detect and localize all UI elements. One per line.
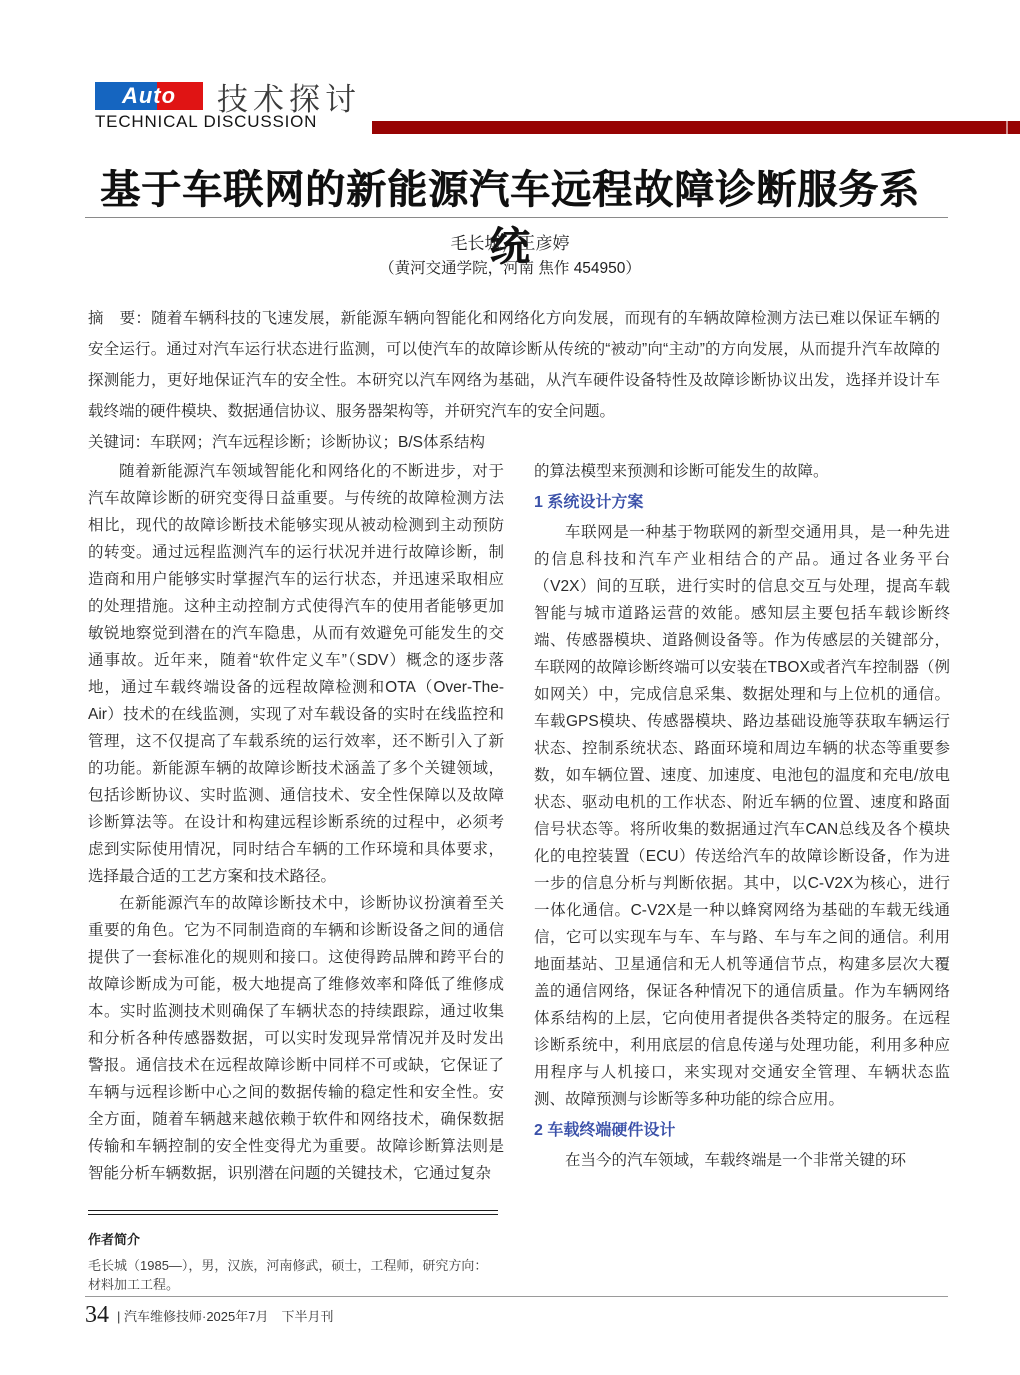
journal-page: Auto 技术探讨 TECHNICAL DISCUSSION 基于车联网的新能源… xyxy=(0,0,1020,1375)
page-number: 34 xyxy=(85,1302,109,1328)
body-paragraph: 在当今的汽车领域，车载终端是一个非常关键的环 xyxy=(534,1147,950,1174)
abstract-label: 摘 要： xyxy=(88,310,151,327)
footnote-divider xyxy=(88,1210,498,1215)
body-paragraph: 随着新能源汽车领域智能化和网络化的不断进步，对于汽车故障诊断的研究变得日益重要。… xyxy=(88,458,504,890)
logo-text: Auto xyxy=(95,82,203,110)
keywords-text: 车联网；汽车远程诊断；诊断协议；B/S体系结构 xyxy=(150,434,485,451)
abstract-block: 摘 要：随着车辆科技的飞速发展，新能源车辆向智能化和网络化方向发展，而现有的车辆… xyxy=(88,303,940,458)
author-bio-text: 毛长城（1985—），男，汉族，河南修武，硕士，工程师，研究方向：材料加工工程。 xyxy=(88,1255,498,1293)
right-column: 的算法模型来预测和诊断可能发生的故障。 1 系统设计方案 车联网是一种基于物联网… xyxy=(534,458,950,1174)
section-heading-2: 2 车载终端硬件设计 xyxy=(534,1117,950,1144)
author-bio: 作者简介 毛长城（1985—），男，汉族，河南修武，硕士，工程师，研究方向：材料… xyxy=(88,1210,498,1293)
title-divider xyxy=(85,217,948,218)
article-affiliation: （黄河交通学院，河南 焦作 454950） xyxy=(80,256,940,278)
author-bio-label: 作者简介 xyxy=(88,1229,498,1248)
journal-info: | 汽车维修技师·2025年7月 下半月刊 xyxy=(117,1309,333,1324)
body-paragraph: 在新能源汽车的故障诊断技术中，诊断协议扮演着至关重要的角色。它为不同制造商的车辆… xyxy=(88,890,504,1187)
page-footer: 34| 汽车维修技师·2025年7月 下半月刊 xyxy=(85,1296,948,1329)
column-title-en: TECHNICAL DISCUSSION xyxy=(95,112,317,132)
section-heading-1: 1 系统设计方案 xyxy=(534,489,950,516)
body-paragraph: 车联网是一种基于物联网的新型交通用具，是一种先进的信息科技和汽车产业相结合的产品… xyxy=(534,519,950,1113)
auto-logo: Auto xyxy=(95,82,203,110)
body-paragraph: 的算法模型来预测和诊断可能发生的故障。 xyxy=(534,458,950,485)
left-column: 随着新能源汽车领域智能化和网络化的不断进步，对于汽车故障诊断的研究变得日益重要。… xyxy=(88,458,504,1187)
article-authors: 毛长城，王彦婷 xyxy=(80,229,940,254)
article-title: 基于车联网的新能源汽车远程故障诊断服务系统 xyxy=(80,158,940,272)
keywords-label: 关键词： xyxy=(88,434,150,451)
abstract-paragraph: 摘 要：随着车辆科技的飞速发展，新能源车辆向智能化和网络化方向发展，而现有的车辆… xyxy=(88,303,940,427)
red-bar-decoration xyxy=(372,121,1020,134)
keywords-line: 关键词：车联网；汽车远程诊断；诊断协议；B/S体系结构 xyxy=(88,427,940,458)
abstract-text: 随着车辆科技的飞速发展，新能源车辆向智能化和网络化方向发展，而现有的车辆故障检测… xyxy=(88,310,940,420)
